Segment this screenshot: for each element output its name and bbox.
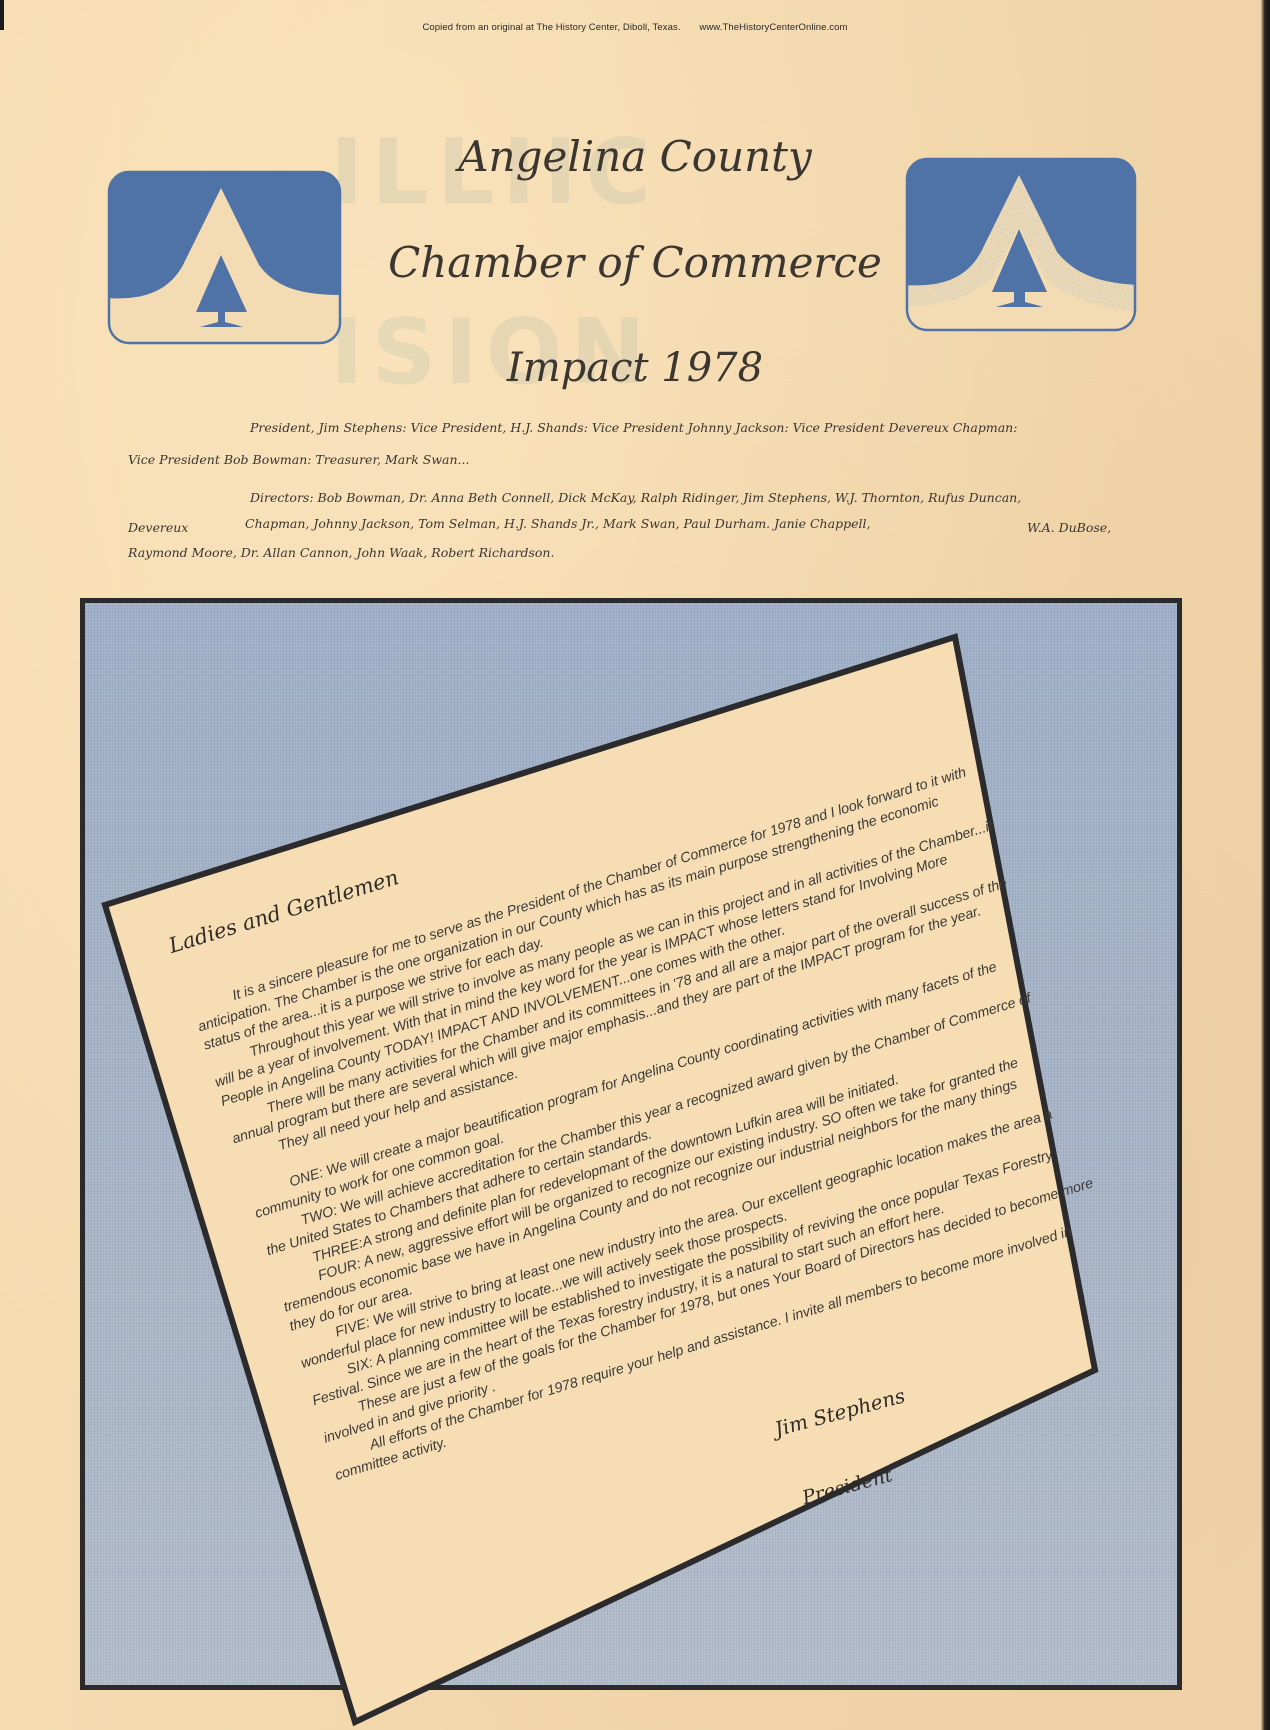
letter-sheet — [0, 0, 1270, 1730]
